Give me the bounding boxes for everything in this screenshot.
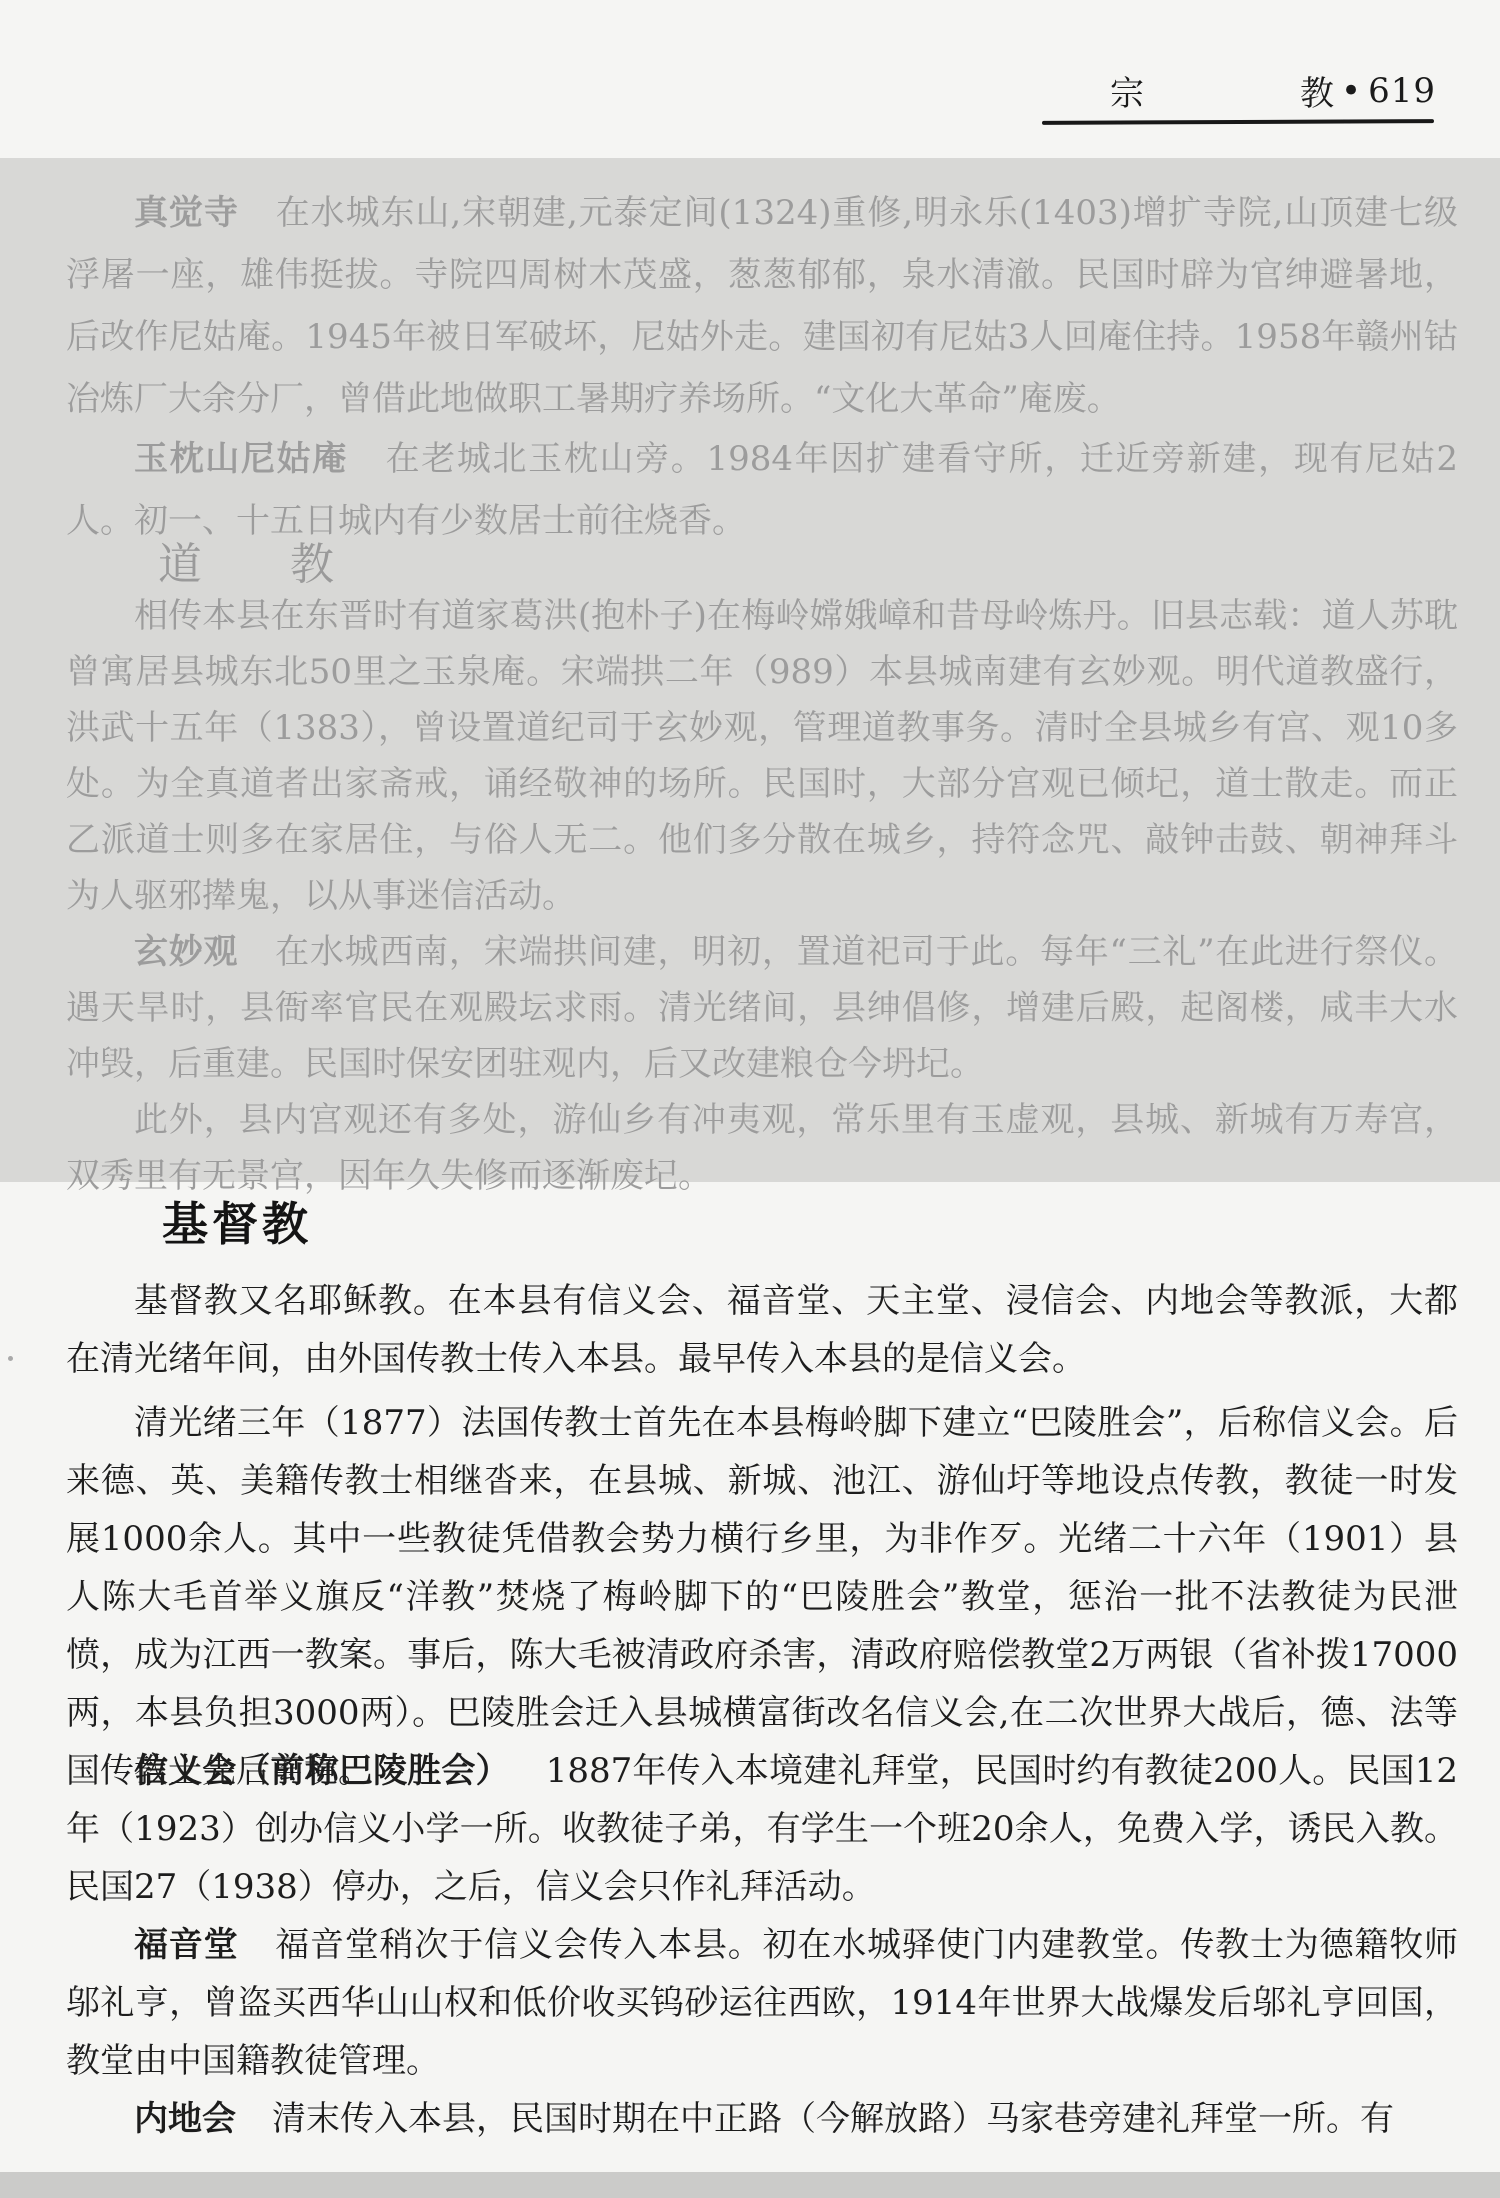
scanned-page: 宗 教 • 619 真觉寺在水城东山,宋朝建,元泰定间(1324)重修,明永乐(… xyxy=(0,0,1500,2198)
paragraph-lead-label: 玉枕山尼姑庵 xyxy=(134,439,348,479)
scan-speck xyxy=(8,1356,13,1361)
paragraph-text: 相传本县在东晋时有道家葛洪(抱朴子)在梅岭嫦娥嶂和昔母岭炼丹。旧县志载：道人苏耽… xyxy=(66,596,1458,916)
header-section-right: 教 xyxy=(1300,66,1335,115)
paragraph-taoism-history: 相传本县在东晋时有道家葛洪(抱朴子)在梅岭嫦娥嶂和昔母岭炼丹。旧县志载：道人苏耽… xyxy=(66,588,1458,924)
paragraph-text: 在水城东山,宋朝建,元泰定间(1324)重修,明永乐(1403)增扩寺院,山顶建… xyxy=(66,193,1458,419)
header-section-left: 宗 xyxy=(1040,66,1145,115)
header-right-group: 教 • 619 xyxy=(1300,66,1436,115)
paragraph-fuyintang: 福音堂福音堂稍次于信义会传入本县。初在水城驿使门内建教堂。传教士为德籍牧师邬礼亨… xyxy=(66,1916,1458,2090)
section-heading-christianity: 基督教 xyxy=(162,1188,312,1254)
section-heading-taoism: 道 教 xyxy=(158,528,334,592)
paragraph-xuanmiao-temple: 玄妙观在水城西南，宋端拱间建，明初，置道祀司于此。每年“三礼”在此进行祭仪。遇天… xyxy=(66,924,1458,1092)
paragraph-text: 基督教又名耶稣教。在本县有信义会、福音堂、天主堂、浸信会、内地会等教派，大都在清… xyxy=(66,1281,1458,1379)
header-rule xyxy=(1042,119,1434,125)
paragraph-text: 清光绪三年（1877）法国传教士首先在本县梅岭脚下建立“巴陵胜会”，后称信义会。… xyxy=(66,1403,1458,1791)
paragraph-lead-label: 福音堂 xyxy=(134,1925,238,1965)
page-number: 619 xyxy=(1368,71,1436,111)
paragraph-balingshenghui-history: 清光绪三年（1877）法国传教士首先在本县梅岭脚下建立“巴陵胜会”，后称信义会。… xyxy=(66,1394,1458,1800)
page-header: 宗 教 • 619 xyxy=(1040,66,1436,112)
paragraph-zhenjue-temple: 真觉寺在水城东山,宋朝建,元泰定间(1324)重修,明永乐(1403)增扩寺院,… xyxy=(66,182,1458,430)
paragraph-lead-label: 玄妙观 xyxy=(134,932,238,972)
paragraph-lead-label: 信义会（前称巴陵胜会） xyxy=(134,1751,510,1791)
paragraph-lead-label: 内地会 xyxy=(134,2099,236,2139)
scan-bottom-edge xyxy=(0,2172,1500,2198)
paragraph-neidihui: 内地会清末传入本县，民国时期在中正路（今解放路）马家巷旁建礼拜堂一所。有 xyxy=(66,2090,1458,2148)
paragraph-text: 福音堂稍次于信义会传入本县。初在水城驿使门内建教堂。传教士为德籍牧师邬礼亨，曾盗… xyxy=(66,1925,1458,2081)
paragraph-xinyihui: 信义会（前称巴陵胜会）1887年传入本境建礼拜堂，民国时约有教徒200人。民国1… xyxy=(66,1742,1458,1916)
paragraph-lead-label: 真觉寺 xyxy=(134,193,239,233)
paragraph-text: 清末传入本县，民国时期在中正路（今解放路）马家巷旁建礼拜堂一所。有 xyxy=(272,2099,1394,2139)
header-separator: • xyxy=(1341,71,1362,111)
paragraph-christianity-intro: 基督教又名耶稣教。在本县有信义会、福音堂、天主堂、浸信会、内地会等教派，大都在清… xyxy=(66,1272,1458,1388)
paragraph-text: 此外，县内宫观还有多处，游仙乡有冲夷观，常乐里有玉虚观，县城、新城有万寿宫，双秀… xyxy=(66,1100,1458,1196)
paragraph-text: 在水城西南，宋端拱间建，明初，置道祀司于此。每年“三礼”在此进行祭仪。遇天旱时，… xyxy=(66,932,1458,1084)
